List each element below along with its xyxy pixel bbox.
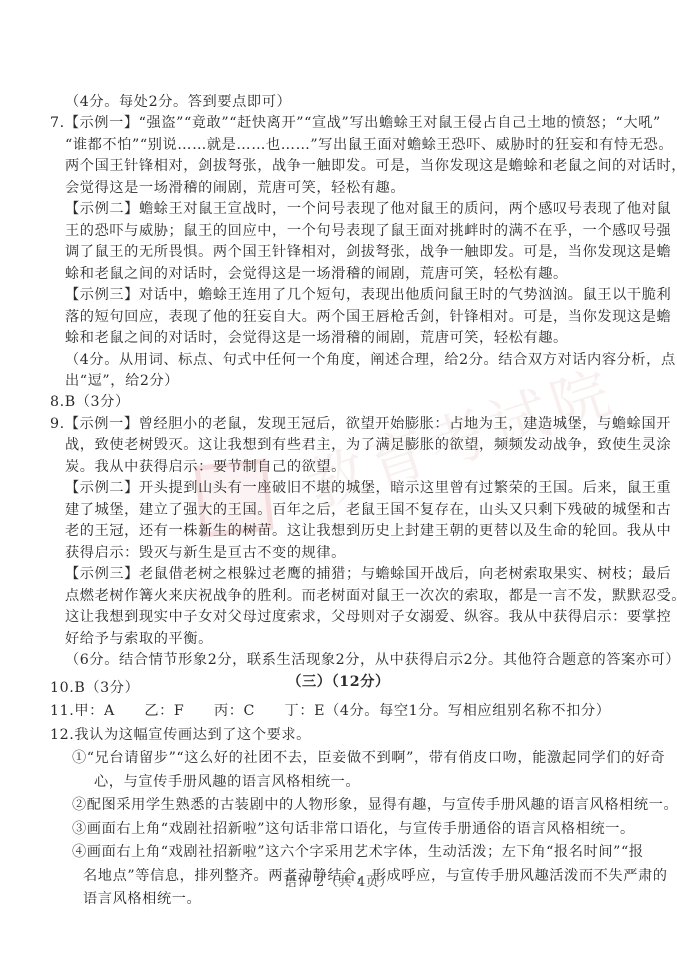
text-line: （4分。从用词、标点、句式中任何一个角度，阐述合理，给2分。结合双方对话内容分析…: [65, 350, 676, 370]
text-line: 蜍和老鼠之间的对话时，会觉得这是一场滑稽的闹剧，荒唐可笑，轻松有趣。: [65, 328, 568, 348]
text-line: 蜍和老鼠之间的对话时，会觉得这是一场滑稽的闹剧，荒唐可笑，轻松有趣。: [65, 264, 568, 284]
text-line: ③画面右上角“戏剧社招新啦”这句话非常口语化，与宣传手册通俗的语言风格相统一。: [72, 819, 635, 839]
text-line: 好给予与索取的平衡。: [65, 629, 213, 649]
text-line: 获得启示：毁灭与新生是亘古不变的规律。: [65, 543, 346, 563]
text-line: 战，致使老树毁灭。这让我想到有些君主，为了满足膨胀的欲望，频频发动战争，致使生灵…: [65, 435, 671, 455]
text-line: 心，与宣传手册风趣的语言风格相统一。: [94, 772, 360, 792]
text-line: ④画面右上角“戏剧社招新啦”这六个字采用艺术字体，生动活泼；左下角“报名时间”“…: [72, 842, 644, 862]
text-line: 点燃老树作篝火来庆祝战争的胜利。而老树面对鼠王一次次的索取，都是一言不发，默默忍…: [65, 586, 677, 606]
text-line: 调了鼠王的无所畏惧。两个国王针锋相对，剑拔弩张，战争一触即发。可是，当你发现这是…: [65, 242, 671, 262]
text-line: 11.甲：A 乙：F 丙：C 丁：E（4分。每空1分。写相应组别名称不扣分）: [50, 701, 611, 721]
page-footer: 语评 2（共 4页）: [0, 873, 677, 893]
text-line: 会觉得这是一场滑稽的闹剧，荒唐可笑，轻松有趣。: [65, 178, 405, 198]
text-line: 【示例三】对话中，蟾蜍王连用了几个短句，表现出他质问鼠王时的气势汹汹。鼠王以干脆…: [65, 285, 671, 305]
text-line: 建了城堡，建立了强大的王国。百年之后，老鼠王国不复存在，山头又只剩下残破的城堡和…: [65, 500, 671, 520]
text-line: （4分。每处2分。答到要点即可）: [65, 92, 291, 112]
text-line: 两个国王针锋相对，剑拔弩张，战争一触即发。可是，当你发现这是蟾蜍和老鼠之间的对话…: [65, 156, 677, 176]
text-line: 10.B（3分）: [50, 678, 139, 698]
text-line: 12.我认为这幅宣传画达到了这个要求。: [50, 725, 311, 745]
text-line: 7.【示例一】“强盗”“竟敢”“赶快离开”“宣战”写出蟾蜍王对鼠王侵占自己土地的…: [50, 113, 661, 133]
text-line: 王的恐吓与威胁；鼠王的回应中，一个句号表现了鼠王面对挑衅时的满不在乎，一个感叹号…: [65, 221, 671, 241]
text-line: 这让我想到现实中子女对父母过度索求，父母则对子女溺爱、纵容。我从中获得启示：要掌…: [65, 607, 671, 627]
text-line: 老的王冠，还有一株新生的树苗。这让我想到历史上封建王朝的更替以及生命的轮回。我从…: [65, 521, 671, 541]
text-line: 出“逗”，给2分）: [65, 371, 179, 391]
text-line: 炭。我从中获得启示：要节制自己的欲望。: [65, 457, 346, 477]
text-line: 【示例二】开头提到山头有一座破旧不堪的城堡，暗示这里曾有过繁荣的王国。后来，鼠王…: [65, 478, 671, 498]
text-line: 落的短句回应，表现了他的狂妄自大。两个国王唇枪舌剑，针锋相对。可是，当你发现这是…: [65, 307, 671, 327]
text-line: 【示例二】蟾蜍王对鼠王宣战时，一个问号表现了他对鼠王的质问，两个感叹号表现了他对…: [65, 199, 671, 219]
text-line: 【示例三】老鼠借老树之根躲过老鹰的捕猎；与蟾蜍国开战后，向老树索取果实、树枝；最…: [65, 564, 671, 584]
text-line: ①“兄台请留步”“这么好的社团不去，臣妾做不到啊”，带有俏皮口吻，能激起同学们的…: [72, 748, 665, 768]
text-line: （6分。结合情节形象2分，联系生活现象2分，从中获得启示2分。其他符合题意的答案…: [65, 650, 677, 670]
text-line: “谁都不怕”“别说……就是……也……”写出鼠王面对蟾蜍王恐吓、威胁时的狂妄和有恃…: [65, 135, 673, 155]
text-line: 8.B（3分）: [50, 392, 130, 412]
answer-key-page: 教育考试院 （4分。每处2分。答到要点即可）7.【示例一】“强盗”“竟敢”“赶快…: [0, 0, 677, 956]
text-line: ②配图采用学生熟悉的古装剧中的人物形象，显得有趣，与宣传手册风趣的语言风格相统一…: [72, 795, 677, 815]
text-line: 9.【示例一】曾经胆小的老鼠，发现王冠后，欲望开始膨胀：占地为王，建造城堡，与蟾…: [50, 414, 671, 434]
